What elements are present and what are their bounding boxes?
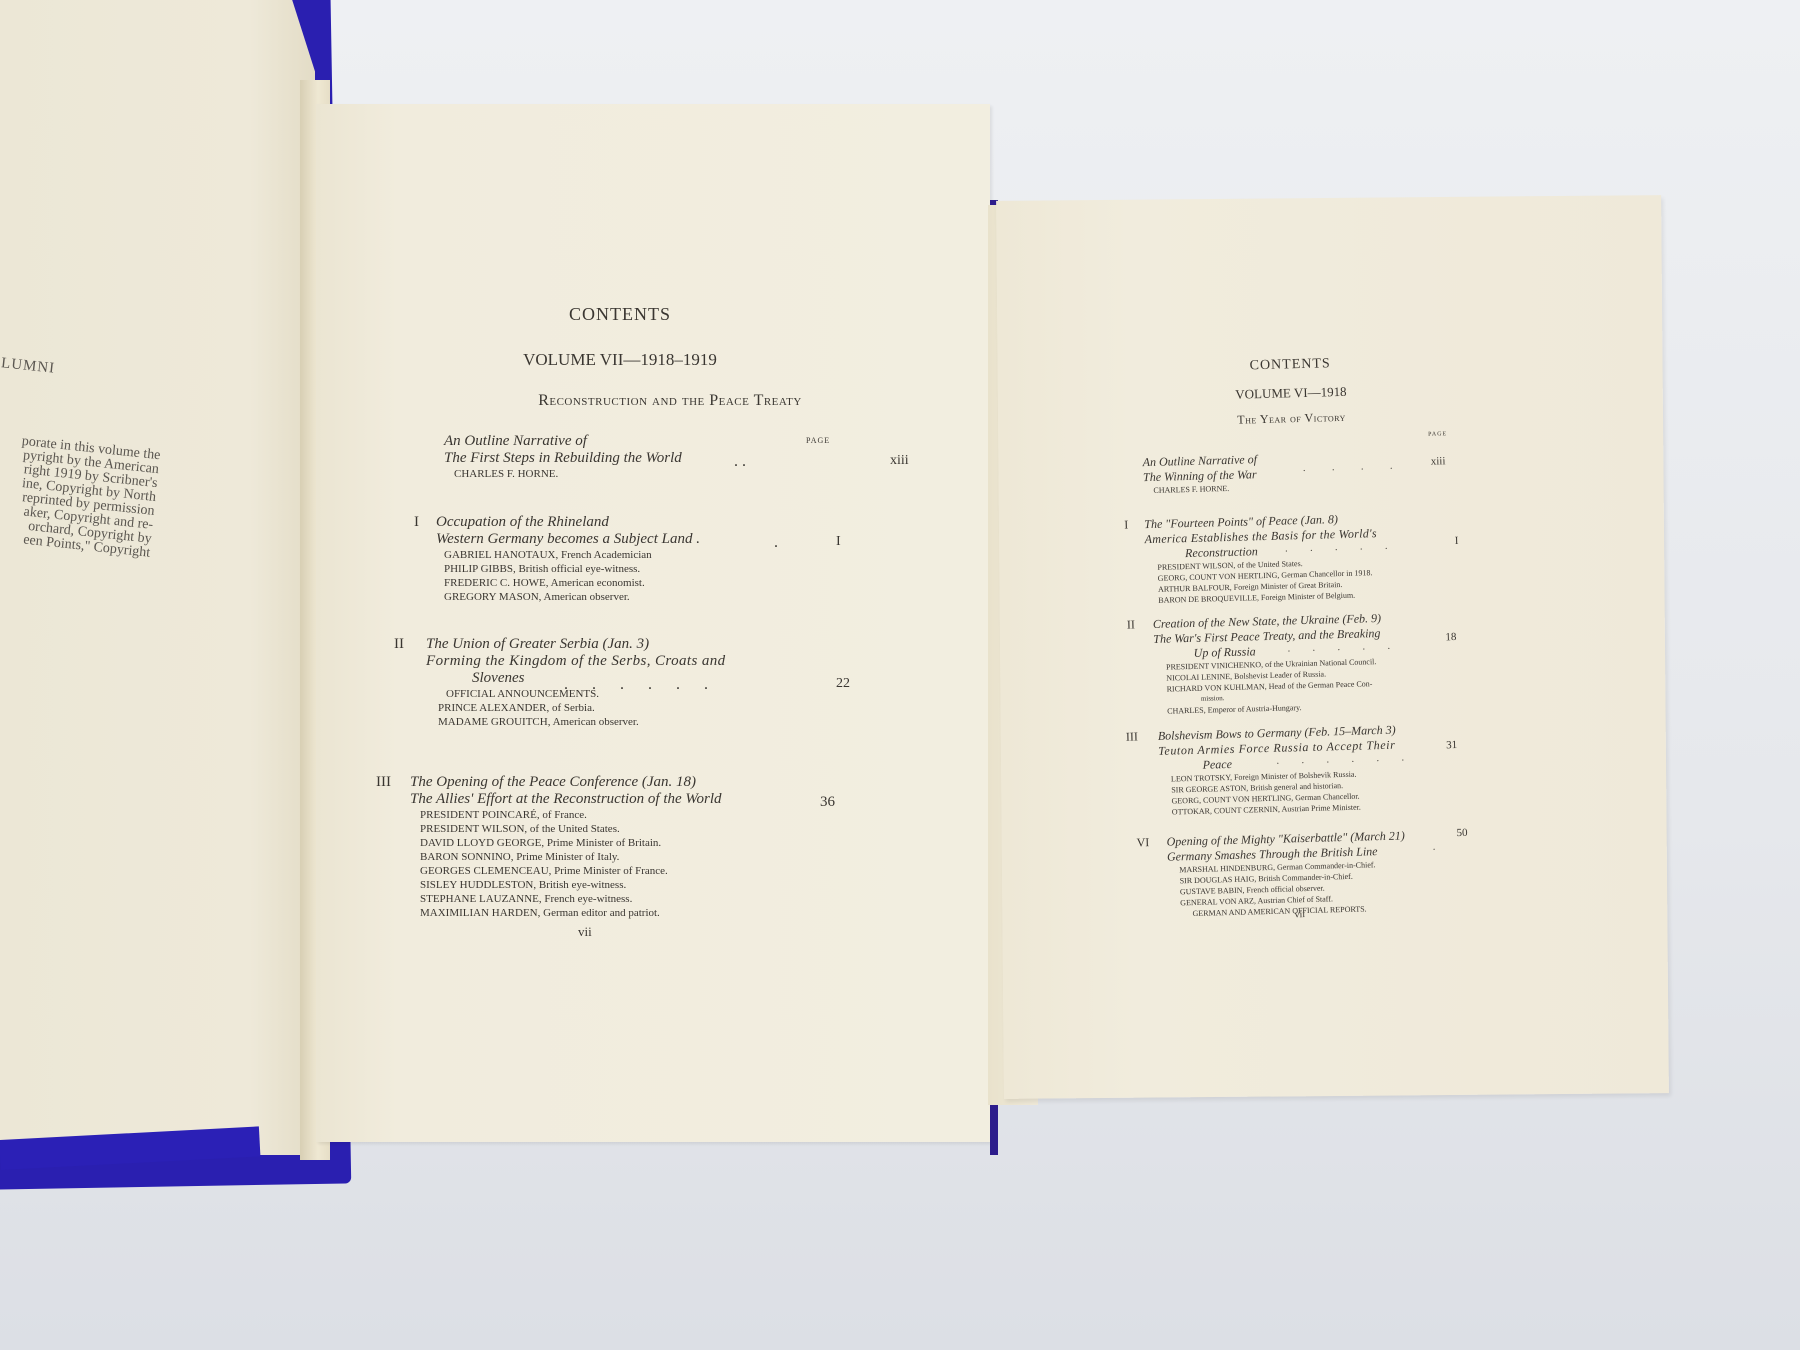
entry-title-line: The Union of Greater Serbia (Jan. 3) [426,636,854,653]
toc-entry-i: I The "Fourteen Points" of Peace (Jan. 8… [1124,509,1466,607]
page-number: xiii [1431,455,1446,467]
author-line: PHILIP GIBBS, British official eye-witne… [444,562,854,576]
entry-title-line: The Opening of the Peace Conference (Jan… [410,774,856,791]
entry-title-line: Western Germany becomes a Subject Land . [436,531,854,548]
chapter-number: I [1124,518,1128,533]
toc-entry-ii: II Creation of the New State, the Ukrain… [1127,609,1470,718]
volume-title: VOLUME VII—1918–1919 [360,350,880,370]
page-folio: vii [1294,909,1305,920]
toc-entry-vi: VI Opening of the Mighty "Kaiserbattle" … [1136,827,1478,921]
page-number: 36 [820,794,835,811]
page-folio: vii [578,924,592,940]
author-line: MAXIMILIAN HARDEN, German editor and pat… [420,906,856,920]
toc-entry-i: I Occupation of the Rhineland Western Ge… [414,514,854,604]
author-line: FREDERIC C. HOWE, American economist. [444,576,854,590]
author-line: GEORGES CLEMENCEAU, Prime Minister of Fr… [420,864,856,878]
left-book-flyleaf [0,0,315,1155]
leader-dots: . . . . . . [564,676,718,694]
copyright-paragraph: porate in this volume the pyright by the… [0,432,161,561]
author-line: PRESIDENT POINCARÉ, of France. [420,808,856,822]
page-number: I [836,534,841,550]
entry-title-line: The Allies' Effort at the Reconstruction… [410,791,856,808]
chapter-number: III [376,774,391,791]
author-line: SISLEY HUDDLESTON, British eye-witness. [420,878,856,892]
volume-subtitle: Reconstruction and the Peace Treaty [410,392,930,410]
left-book-contents-page [316,104,990,1142]
chapter-number: I [414,514,419,531]
toc-entry-outline: An Outline Narrative of The Winning of t… [1143,447,1474,497]
leader-dots: . [1433,842,1436,853]
author-line: CHARLES F. HORNE. [454,467,844,481]
toc-entry-ii: II The Union of Greater Serbia (Jan. 3) … [394,636,854,729]
page-column-label: PAGE [1428,431,1447,437]
author-line: BARON SONNINO, Prime Minister of Italy. [420,850,856,864]
author-line: GABRIEL HANOTAUX, French Academician [444,548,854,562]
author-line: GREGORY MASON, American observer. [444,590,854,604]
entry-title-line: The First Steps in Rebuilding the World [444,450,844,467]
chapter-number: II [394,636,404,653]
contents-heading: CONTENTS [360,304,880,325]
toc-entry-iii: III Bolshevism Bows to Germany (Feb. 15–… [1126,721,1468,819]
author-line: PRESIDENT WILSON, of the United States. [420,822,856,836]
chapter-number: VI [1136,835,1149,850]
author-line: PRINCE ALEXANDER, of Serbia. [438,701,854,715]
page-number: 31 [1446,739,1457,751]
author-line: STEPHANE LAUZANNE, French eye-witness. [420,892,856,906]
author-line: MADAME GROUITCH, American observer. [438,715,854,729]
toc-entry-outline: An Outline Narrative of The First Steps … [444,433,844,481]
entry-title-line: Occupation of the Rhineland [436,514,854,531]
page-number: xiii [890,453,909,469]
toc-entry-iii: III The Opening of the Peace Conference … [376,774,856,920]
page-number: 50 [1456,827,1467,839]
author-line: DAVID LLOYD GEORGE, Prime Minister of Br… [420,836,856,850]
entry-title-line: Forming the Kingdom of the Serbs, Croats… [426,653,854,670]
flyleaf-text-fragment: LUMNI porate in this volume the pyright … [0,355,169,561]
page-number: 18 [1445,631,1456,643]
leader-dots: . . [734,453,746,471]
chapter-number: III [1126,729,1138,744]
page-number: I [1455,535,1459,547]
leader-dots: . [774,534,778,552]
page-number: 22 [836,676,850,692]
chapter-number: II [1127,617,1135,632]
entry-title-line: An Outline Narrative of [444,433,844,450]
